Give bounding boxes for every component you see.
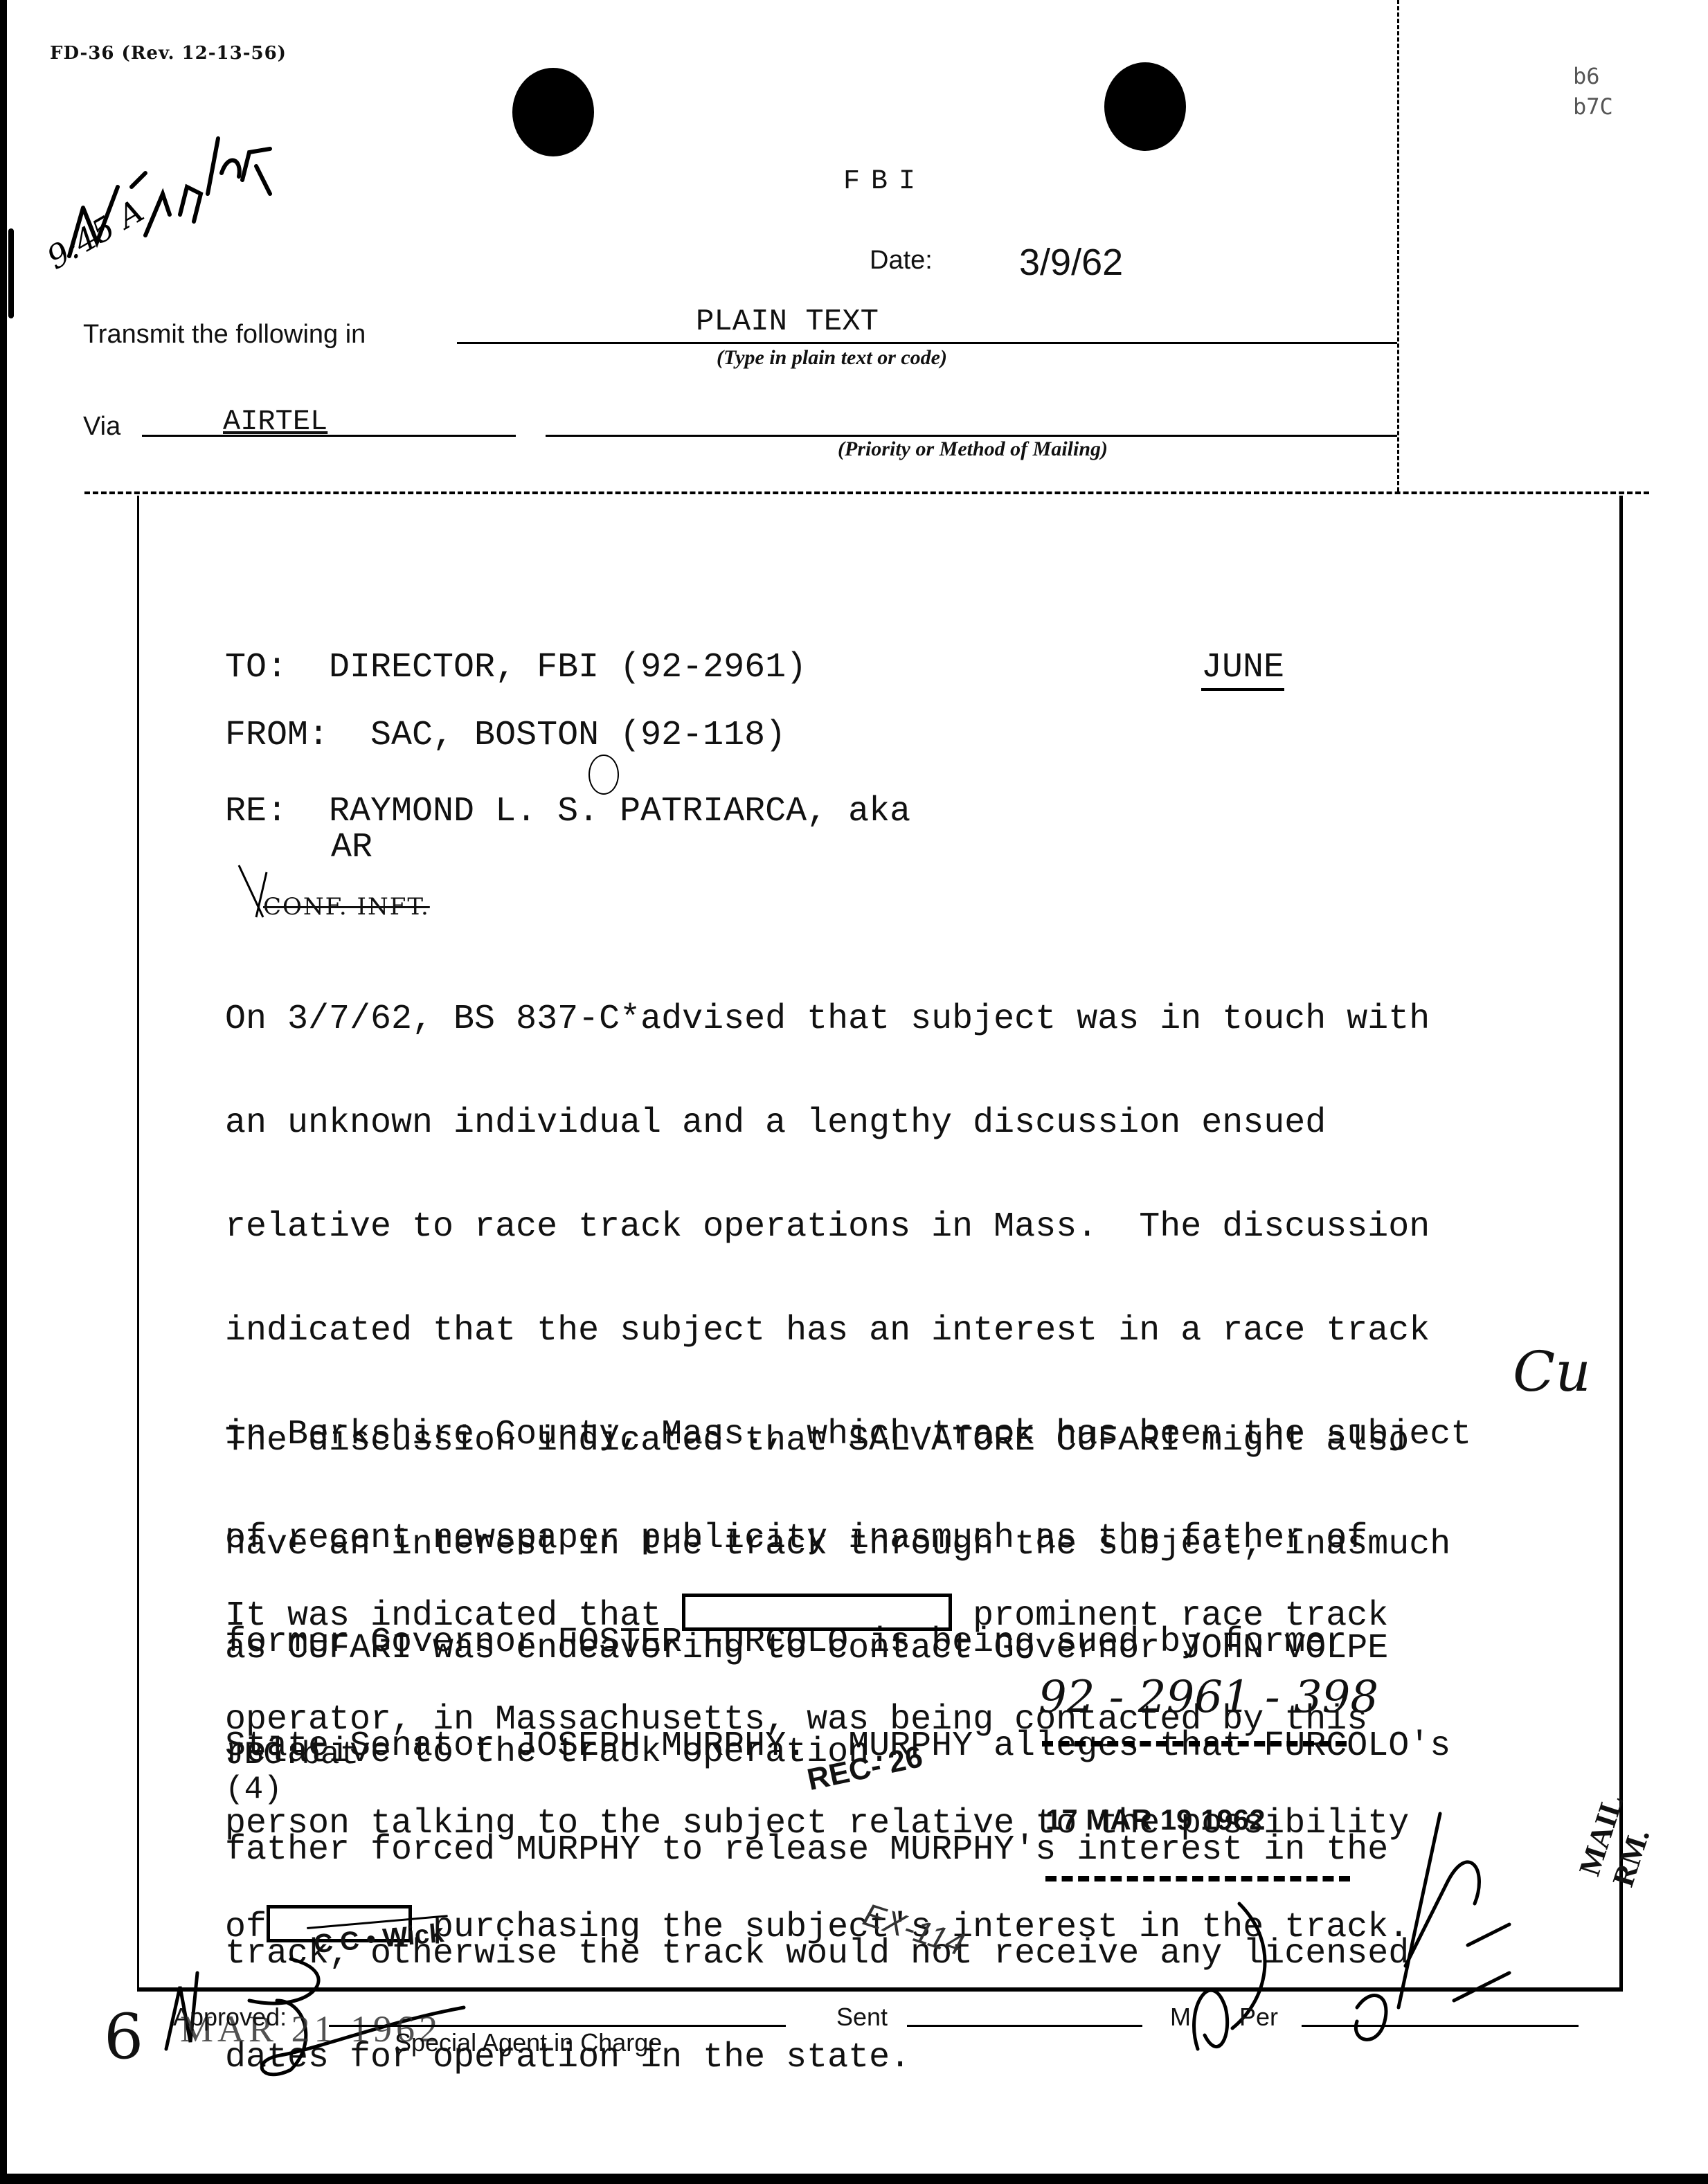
via-field-line	[142, 435, 516, 437]
header-divider-horizontal	[84, 491, 1649, 494]
handwritten-circle-mark	[588, 755, 619, 795]
via-value: AIRTEL	[223, 405, 327, 438]
per-field-line	[1302, 2025, 1579, 2027]
approved-signature-line	[329, 2025, 786, 2027]
m-label: M	[1170, 2003, 1191, 2032]
text-line: an unknown individual and a lengthy disc…	[225, 1106, 1540, 1141]
transmit-field-line	[457, 342, 1397, 344]
scan-edge-left	[0, 0, 7, 2184]
margin-handwritten-mark: Cu	[1513, 1339, 1591, 1404]
sac-label: Special Agent in Charge	[395, 2028, 662, 2057]
exemption-b7c: b7C	[1573, 91, 1613, 122]
scan-edge-bottom	[0, 2174, 1708, 2184]
confidential-informant-stamp: CONF. INFT.	[263, 893, 430, 921]
form-id: FD-36 (Rev. 12-13-56)	[50, 43, 287, 64]
svg-text:9:45 A: 9:45 A	[41, 192, 150, 276]
sent-label: Sent	[836, 2003, 888, 2032]
memo-to: TO: DIRECTOR, FBI (92-2961)	[225, 651, 807, 685]
foia-exemption-codes: b6 b7C	[1573, 61, 1613, 122]
redaction-box	[682, 1594, 952, 1631]
transmit-hint: (Type in plain text or code)	[717, 346, 947, 370]
memo-from: FROM: SAC, BOSTON (92-118)	[225, 719, 786, 753]
memo-subject: RE: RAYMOND L. S. PATRIARCA, aka	[225, 795, 910, 829]
text-line: relative to race track operations in Mas…	[225, 1210, 1540, 1245]
via-label: Via	[83, 412, 120, 442]
punch-hole-icon	[512, 68, 594, 156]
text-line: On 3/7/62, BS 837-C*advised that subject…	[225, 1002, 1540, 1037]
routing-mark: JUNE	[1201, 651, 1284, 691]
file-number-handwritten: 92 - 2961 - 398	[1039, 1672, 1378, 1723]
punch-hole-icon	[1104, 62, 1186, 151]
date-label: Date:	[870, 246, 933, 276]
handwritten-number: 6	[104, 2001, 143, 2073]
text-line: indicated that the subject has an intere…	[225, 1314, 1540, 1348]
priority-hint: (Priority or Method of Mailing)	[838, 437, 1108, 461]
approved-label: Approved:	[173, 2003, 287, 2032]
file-number-underline	[1042, 1741, 1347, 1747]
transmit-value: PLAIN TEXT	[696, 305, 879, 339]
sent-field-line	[907, 2025, 1142, 2027]
exemption-b6: b6	[1573, 61, 1613, 91]
date-value: 3/9/62	[1019, 241, 1123, 284]
memo-subject-line2: AR	[331, 831, 372, 865]
typist-initials: JBG:bat (4)	[225, 1738, 359, 1807]
signature-initials	[1177, 1786, 1565, 2097]
transmit-label: Transmit the following in	[83, 320, 366, 350]
per-label: Per	[1239, 2003, 1278, 2032]
header-divider-vertical	[1397, 0, 1399, 491]
agency-title: FBI	[843, 166, 926, 197]
priority-field-line	[546, 435, 1397, 437]
handwritten-annotation-top-left: 9:45 A	[42, 76, 332, 284]
scan-edge-mark	[8, 228, 14, 318]
text-line: It was indicated that prominent race tra…	[225, 1599, 1540, 1634]
text-line: The discussion indicated that SALVATORE …	[225, 1424, 1540, 1459]
